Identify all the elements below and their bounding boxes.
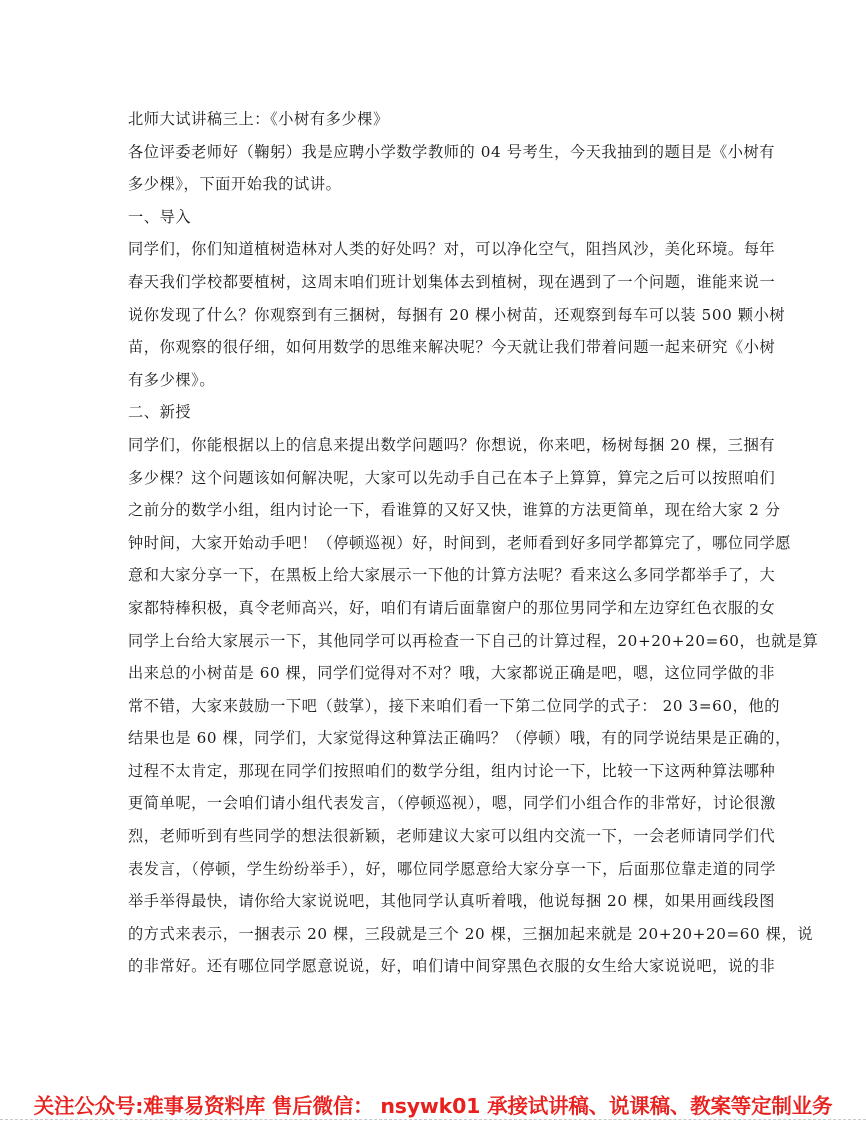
paragraph-line: 多少棵》，下面开始我的试讲。 xyxy=(128,168,740,201)
paragraph-line: 同学上台给大家展示一下，其他同学可以再检查一下自己的计算过程，20+20+20=… xyxy=(128,625,740,658)
document-title: 北师大试讲稿三上：《小树有多少棵》 xyxy=(128,103,740,136)
paragraph-line: 举手举得最快，请你给大家说说吧，其他同学认真听着哦，他说每捆 20 棵，如果用画… xyxy=(128,885,740,918)
paragraph-line: 春天我们学校都要植树，这周末咱们班计划集体去到植树，现在遇到了一个问题，谁能来说… xyxy=(128,266,740,299)
section-heading-intro: 一、导入 xyxy=(128,201,740,234)
paragraph-line: 的方式来表示，一捆表示 20 棵，三段就是三个 20 棵，三捆加起来就是 20+… xyxy=(128,918,740,951)
document-page: 北师大试讲稿三上：《小树有多少棵》 各位评委老师好（鞠躬）我是应聘小学数学教师的… xyxy=(128,103,740,983)
paragraph-line: 同学们，你们知道植树造林对人类的好处吗？对，可以净化空气，阻挡风沙，美化环境。每… xyxy=(128,233,740,266)
paragraph-line: 常不错，大家来鼓励一下吧（鼓掌），接下来咱们看一下第二位同学的式子： 20 3=… xyxy=(128,690,740,723)
paragraph-line: 有多少棵》。 xyxy=(128,364,740,397)
paragraph-line: 出来总的小树苗是 60 棵，同学们觉得对不对？哦，大家都说正确是吧，嗯，这位同学… xyxy=(128,657,740,690)
paragraph-line: 意和大家分享一下，在黑板上给大家展示一下他的计算方法呢？看来这么多同学都举手了，… xyxy=(128,559,740,592)
paragraph-line: 苗，你观察的很仔细，如何用数学的思维来解决呢？今天就让我们带着问题一起来研究《小… xyxy=(128,331,740,364)
paragraph-line: 结果也是 60 棵，同学们，大家觉得这种算法正确吗？（停顿）哦，有的同学说结果是… xyxy=(128,722,740,755)
paragraph-line: 烈，老师听到有些同学的想法很新颖，老师建议大家可以组内交流一下，一会老师请同学们… xyxy=(128,820,740,853)
paragraph-line: 说你发现了什么？你观察到有三捆树，每捆有 20 棵小树苗，还观察到每车可以装 5… xyxy=(128,299,740,332)
paragraph-line: 家都特棒积极，真令老师高兴，好，咱们有请后面靠窗户的那位男同学和左边穿红色衣服的… xyxy=(128,592,740,625)
footer-divider xyxy=(0,1119,866,1120)
paragraph-line: 多少棵？这个问题该如何解决呢，大家可以先动手自己在本子上算算，算完之后可以按照咱… xyxy=(128,462,740,495)
paragraph-line: 的非常好。还有哪位同学愿意说说，好，咱们请中间穿黑色衣服的女生给大家说说吧，说的… xyxy=(128,950,740,983)
paragraph-line: 之前分的数学小组，组内讨论一下，看谁算的又好又快，谁算的方法更简单，现在给大家 … xyxy=(128,494,740,527)
paragraph-line: 同学们，你能根据以上的信息来提出数学问题吗？你想说，你来吧，杨树每捆 20 棵，… xyxy=(128,429,740,462)
paragraph-line: 各位评委老师好（鞠躬）我是应聘小学数学教师的 04 号考生，今天我抽到的题目是《… xyxy=(128,136,740,169)
paragraph-line: 更简单呢，一会咱们请小组代表发言，（停顿巡视），嗯，同学们小组合作的非常好，讨论… xyxy=(128,787,740,820)
section-heading-new-lesson: 二、新授 xyxy=(128,396,740,429)
paragraph-line: 过程不太肯定，那现在同学们按照咱们的数学分组，组内讨论一下，比较一下这两种算法哪… xyxy=(128,755,740,788)
paragraph-line: 表发言，（停顿，学生纷纷举手），好，哪位同学愿意给大家分享一下，后面那位靠走道的… xyxy=(128,853,740,886)
promo-footer-banner: 关注公众号:难事易资料库 售后微信： nsywk01 承接试讲稿、说课稿、教案等… xyxy=(0,1092,866,1120)
paragraph-line: 钟时间，大家开始动手吧！（停顿巡视）好，时间到，老师看到好多同学都算完了，哪位同… xyxy=(128,527,740,560)
